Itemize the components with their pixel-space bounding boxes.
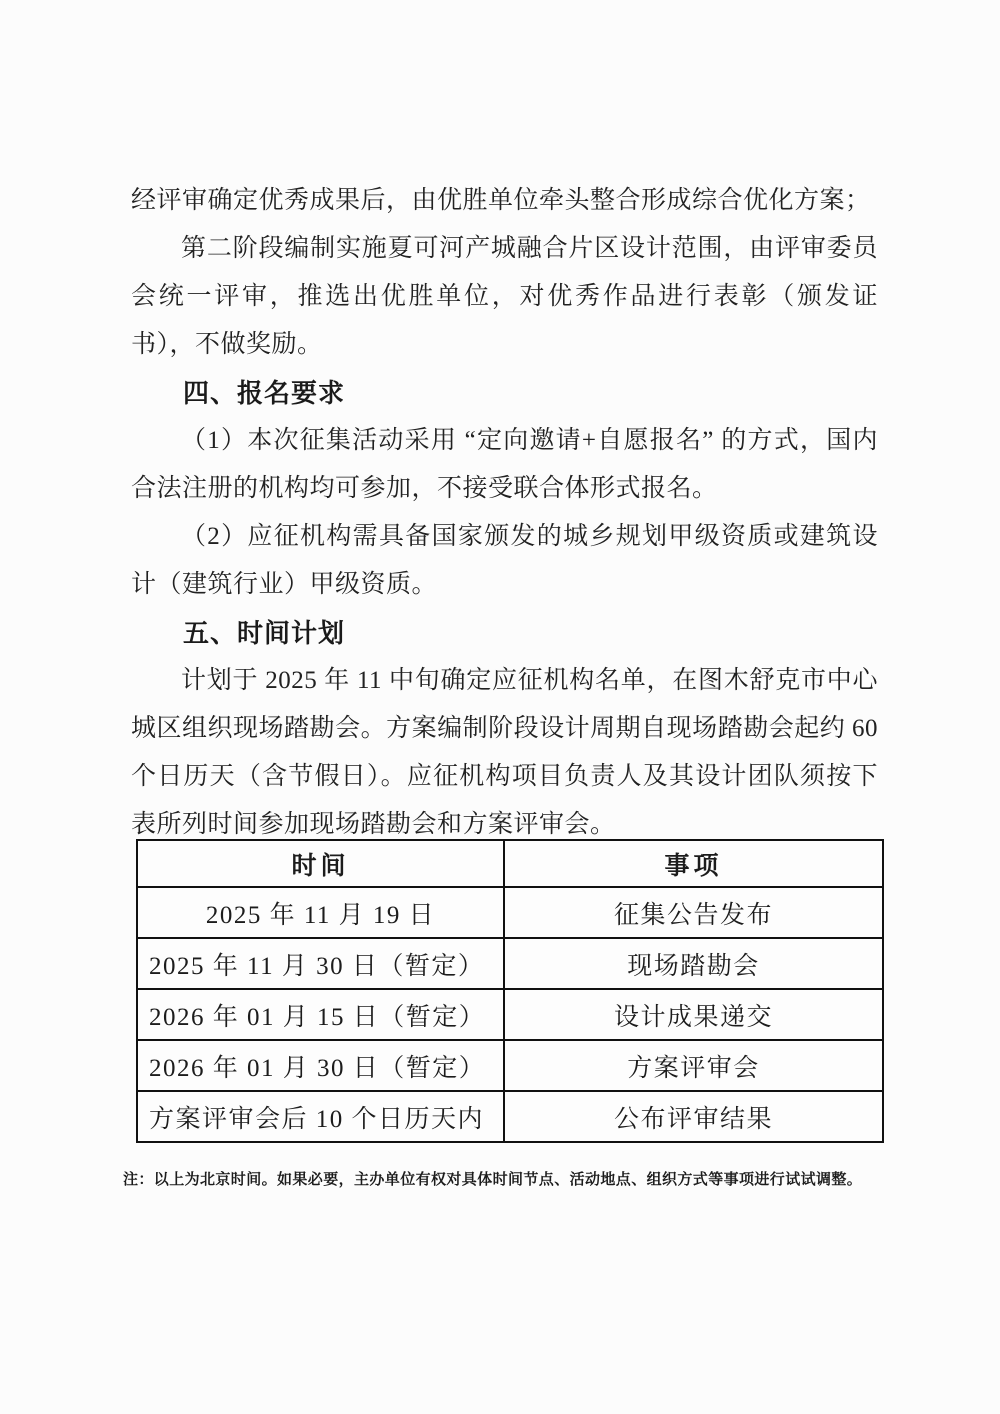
cell-event: 方案评审会: [504, 1040, 883, 1091]
paragraph-schedule-intro: 计划于 2025 年 11 中旬确定应征机构名单，在图木舒克市中心城区组织现场踏…: [131, 657, 878, 849]
cell-time: 方案评审会后 10 个日历天内: [137, 1091, 504, 1142]
cell-time: 2025 年 11 月 19 日: [137, 887, 504, 938]
cell-event: 征集公告发布: [504, 887, 883, 938]
cell-time: 2026 年 01 月 30 日（暂定）: [137, 1040, 504, 1091]
paragraph-signup-item1: （1）本次征集活动采用 “定向邀请+自愿报名” 的方式，国内合法注册的机构均可参…: [131, 417, 878, 513]
cell-time: 2025 年 11 月 30 日（暂定）: [137, 938, 504, 989]
paragraph-signup-item2: （2）应征机构需具备国家颁发的城乡规划甲级资质或建筑设计（建筑行业）甲级资质。: [131, 513, 878, 609]
table-row: 方案评审会后 10 个日历天内 公布评审结果: [137, 1091, 883, 1142]
schedule-table-body: 2025 年 11 月 19 日 征集公告发布 2025 年 11 月 30 日…: [137, 887, 883, 1142]
paragraph-stage2: 第二阶段编制实施夏可河产城融合片区设计范围，由评审委员会统一评审，推选出优胜单位…: [131, 225, 878, 369]
heading-signup-requirements: 四、报名要求: [131, 369, 878, 417]
heading-time-plan: 五、时间计划: [131, 609, 878, 657]
cell-time: 2026 年 01 月 15 日（暂定）: [137, 989, 504, 1040]
paragraph-review-result: 经评审确定优秀成果后，由优胜单位牵头整合形成综合优化方案；: [131, 177, 878, 225]
table-row: 2025 年 11 月 19 日 征集公告发布: [137, 887, 883, 938]
footnote-beijing-time: 注：以上为北京时间。如果必要，主办单位有权对具体时间节点、活动地点、组织方式等事…: [123, 1169, 878, 1191]
document-page: 经评审确定优秀成果后，由优胜单位牵头整合形成综合优化方案； 第二阶段编制实施夏可…: [0, 0, 1000, 1414]
document-content: 经评审确定优秀成果后，由优胜单位牵头整合形成综合优化方案； 第二阶段编制实施夏可…: [131, 177, 878, 1191]
table-row: 2025 年 11 月 30 日（暂定） 现场踏勘会: [137, 938, 883, 989]
schedule-table: 时间 事项 2025 年 11 月 19 日 征集公告发布 2025 年 11 …: [136, 839, 884, 1143]
cell-event: 设计成果递交: [504, 989, 883, 1040]
cell-event: 公布评审结果: [504, 1091, 883, 1142]
cell-event: 现场踏勘会: [504, 938, 883, 989]
table-row: 2026 年 01 月 30 日（暂定） 方案评审会: [137, 1040, 883, 1091]
table-row: 2026 年 01 月 15 日（暂定） 设计成果递交: [137, 989, 883, 1040]
